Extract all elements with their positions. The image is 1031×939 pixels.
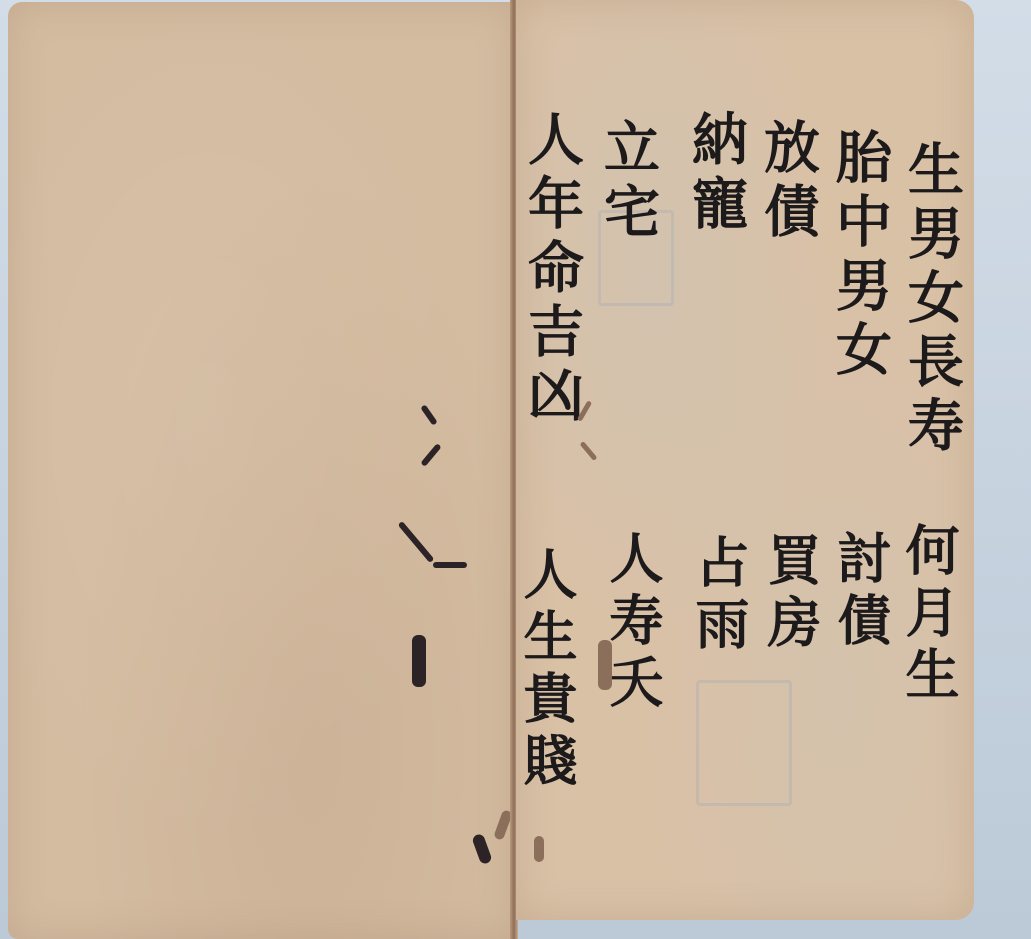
- punctuation-mark: [420, 404, 438, 425]
- text-column: 胎中男女: [832, 128, 888, 384]
- ink-blot: [534, 836, 544, 862]
- ink-blot: [412, 635, 426, 687]
- ink-blot: [471, 833, 493, 865]
- punctuation-mark: [420, 443, 441, 467]
- text-column: 人生貴賤: [520, 546, 574, 794]
- text-column: 納寵: [688, 110, 744, 238]
- text-column: 人寿夭: [606, 530, 660, 716]
- text-column: 討債: [834, 530, 888, 654]
- text-column: 占雨: [692, 534, 746, 658]
- text-column: 立宅: [600, 118, 656, 246]
- left-page: [8, 2, 516, 939]
- punctuation-mark: [580, 441, 598, 461]
- curved-stroke: [398, 521, 435, 563]
- text-column: 放債: [760, 118, 816, 246]
- open-book: 生男女長寿 胎中男女 放債 納寵 立宅 人年命吉凶 何月生 討債 買房 占雨 人…: [0, 0, 1031, 939]
- text-column: 買房: [764, 532, 818, 656]
- right-page: 生男女長寿 胎中男女 放債 納寵 立宅 人年命吉凶 何月生 討債 買房 占雨 人…: [516, 0, 974, 920]
- text-column: 生男女長寿: [904, 140, 960, 460]
- curved-stroke: [433, 562, 467, 568]
- text-column: 人年命吉凶: [524, 110, 580, 430]
- text-column: 何月生: [902, 522, 956, 708]
- ink-blot: [598, 640, 612, 690]
- show-through-print: [696, 680, 792, 806]
